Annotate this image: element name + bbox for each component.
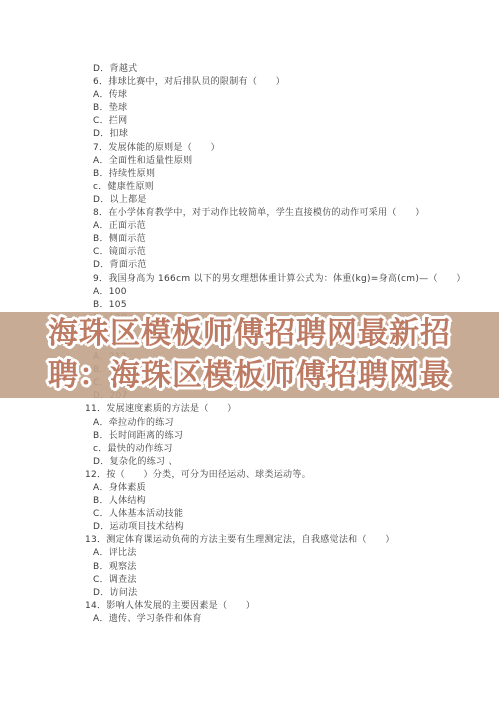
quiz-line: D．背面示范 — [0, 259, 499, 272]
quiz-line: 9．我国身高为 166cm 以下的男女理想体重计算公式为：体重(kg)=身高(c… — [0, 273, 499, 286]
overlay-title: 海珠区模板师傅招聘网最新招 聘：海珠区模板师傅招聘网最 — [0, 312, 499, 398]
quiz-line: B．垫球 — [0, 102, 499, 115]
quiz-line: A．遗传、学习条件和体育 — [0, 613, 499, 626]
quiz-line: D．扣球 — [0, 128, 499, 141]
quiz-line: 8．在小学体育教学中，对于动作比较简单，学生直接模仿的动作可采用（ ） — [0, 207, 499, 220]
quiz-line: C．人体基本活动技能 — [0, 508, 499, 521]
quiz-line: B．105 — [0, 299, 499, 312]
quiz-line: A．身体素质 — [0, 482, 499, 495]
quiz-line: A．评比法 — [0, 547, 499, 560]
quiz-line: c．健康性原则 — [0, 181, 499, 194]
quiz-line: 6．排球比赛中，对后排队员的限制有（ ） — [0, 76, 499, 89]
quiz-line: A．100 — [0, 286, 499, 299]
quiz-line: 7．发展体能的原则是（ ） — [0, 142, 499, 155]
quiz-line: B．人体结构 — [0, 495, 499, 508]
quiz-line: 12．按（ ）分类，可分为田径运动、球类运动等。 — [0, 469, 499, 482]
quiz-line: B．侧面示范 — [0, 233, 499, 246]
quiz-line: 11．发展速度素质的方法是（ ） — [0, 403, 499, 416]
quiz-line: A．牵拉动作的练习 — [0, 417, 499, 430]
quiz-line: 14．影响人体发展的主要因素是（ ） — [0, 600, 499, 613]
document-page: D．背越式6．排球比赛中，对后排队员的限制有（ ）A．传球B．垫球C．拦网D．扣… — [0, 0, 499, 706]
quiz-line: B．持续性原则 — [0, 168, 499, 181]
quiz-line: C．调查法 — [0, 574, 499, 587]
quiz-line: 13．测定体育课运动负荷的方法主要有生理测定法，自我感觉法和（ ） — [0, 534, 499, 547]
quiz-line: D．复杂化的练习 、 — [0, 456, 499, 469]
quiz-line: D．以上都是 — [0, 194, 499, 207]
quiz-line: A．传球 — [0, 89, 499, 102]
quiz-line: A．全面性和适量性原则 — [0, 155, 499, 168]
overlay-title-line-1: 海珠区模板师傅招聘网最新招 — [48, 313, 451, 355]
quiz-line: c．最快的动作练习 — [0, 443, 499, 456]
quiz-line: D．运动项目技术结构 — [0, 521, 499, 534]
overlay-title-line-2: 聘：海珠区模板师傅招聘网最 — [48, 355, 451, 397]
quiz-line: B．长时间距离的练习 — [0, 430, 499, 443]
quiz-line: D．访问法 — [0, 587, 499, 600]
quiz-line: D．背越式 — [0, 63, 499, 76]
quiz-line: A．正面示范 — [0, 220, 499, 233]
quiz-line: B．观察法 — [0, 561, 499, 574]
quiz-line: C．镜面示范 — [0, 246, 499, 259]
quiz-line: C．拦网 — [0, 115, 499, 128]
